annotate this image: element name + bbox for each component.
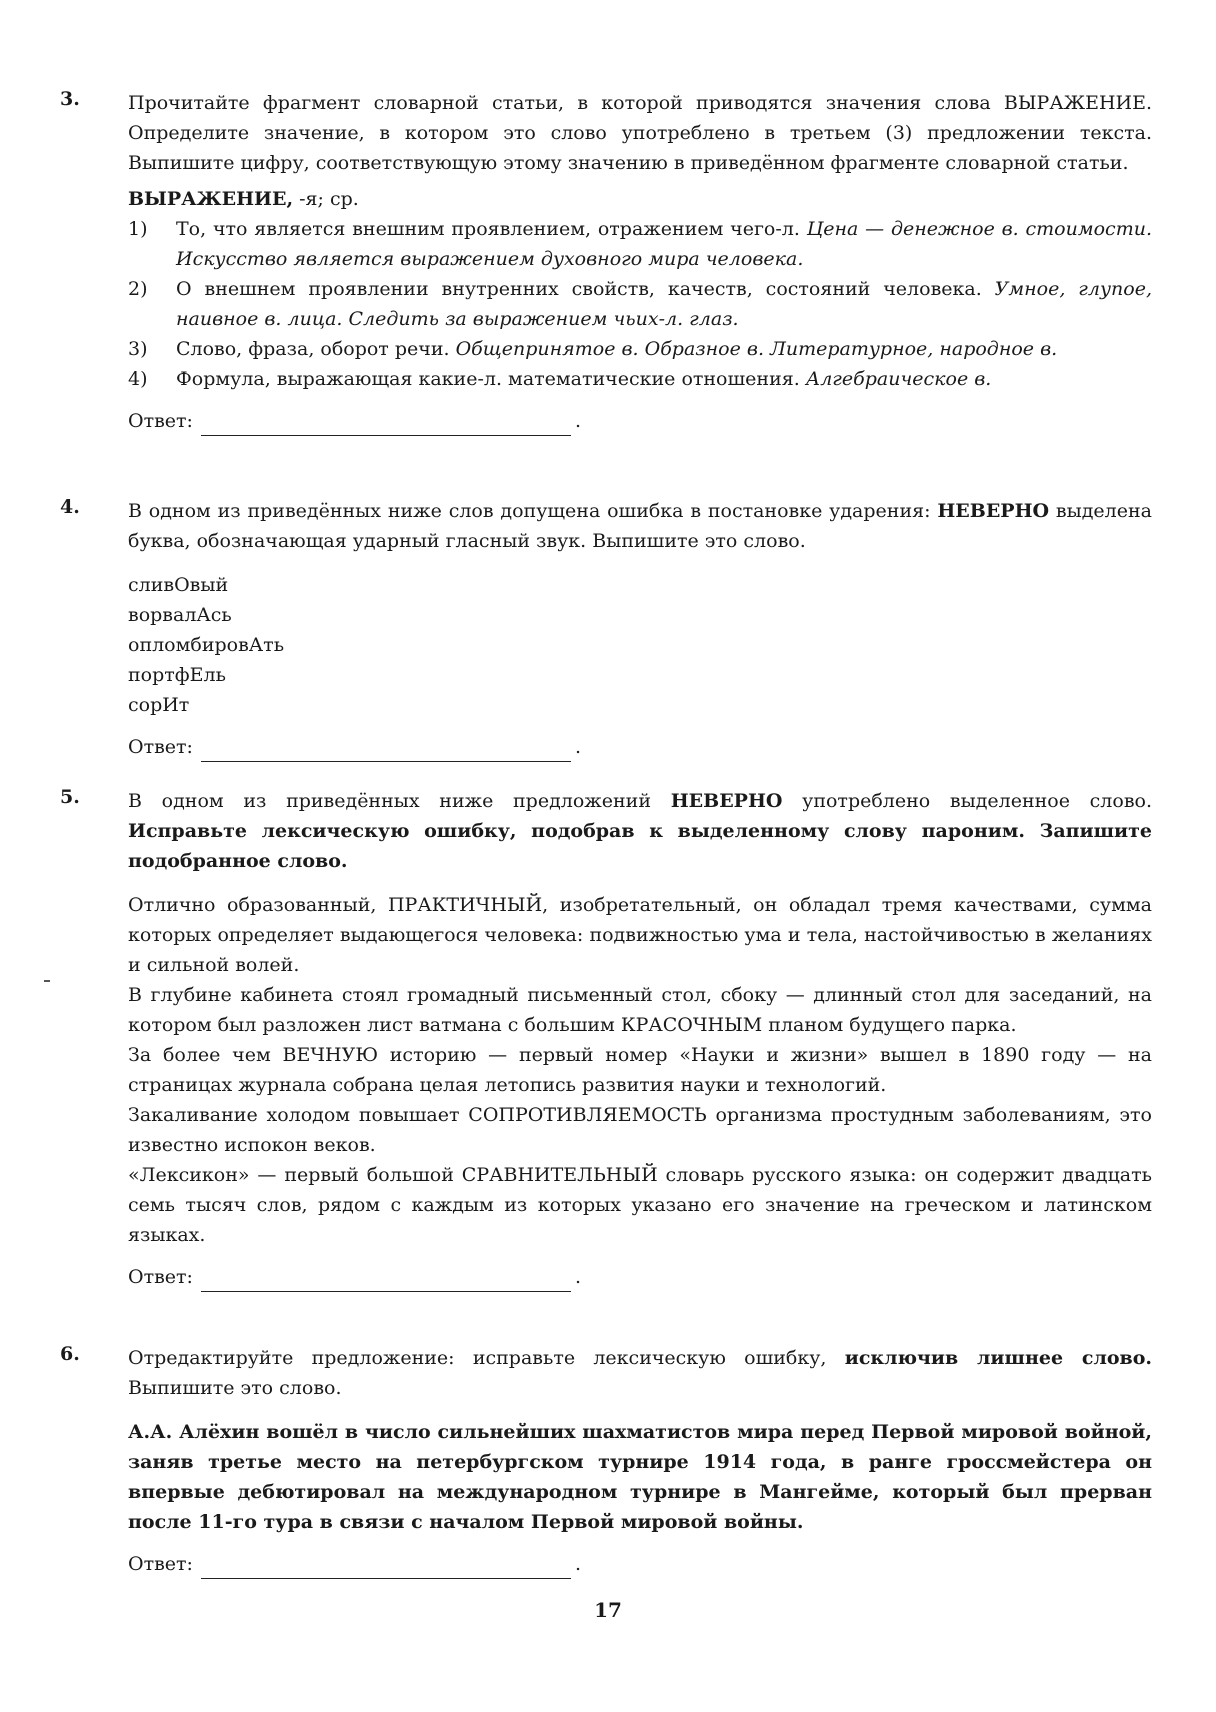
definition-item: 2)О внешнем проявлении внутренних свойст… [128, 274, 1152, 334]
sentence: За более чем ВЕЧНУЮ историю — первый ном… [128, 1040, 1152, 1100]
list-item: сливОвый [128, 570, 1152, 600]
task-instruction: В одном из приведённых ниже слов допущен… [128, 496, 1152, 556]
task-sentence: А.А. Алёхин вошёл в число сильнейших шах… [128, 1417, 1152, 1537]
answer-line[interactable] [201, 741, 571, 762]
list-item: ворвалАсь [128, 600, 1152, 630]
task-body: Прочитайте фрагмент словарной статьи, в … [128, 88, 1152, 436]
answer-field: Ответ: . [128, 1549, 1152, 1579]
task-instruction: Прочитайте фрагмент словарной статьи, в … [128, 88, 1152, 178]
answer-label: Ответ: [128, 1262, 193, 1292]
list-item: портфЕль [128, 660, 1152, 690]
page-number: 17 [0, 1598, 1216, 1622]
list-item: опломбировАть [128, 630, 1152, 660]
sentence: Отлично образованный, ПРАКТИЧНЫЙ, изобре… [128, 890, 1152, 980]
sentence: «Лексикон» — первый большой СРАВНИТЕЛЬНЫ… [128, 1160, 1152, 1250]
answer-field: Ответ: . [128, 1262, 1152, 1292]
sentence: Закаливание холодом повышает СОПРОТИВЛЯЕ… [128, 1100, 1152, 1160]
scan-artifact [44, 980, 50, 982]
sentence: В глубине кабинета стоял громадный письм… [128, 980, 1152, 1040]
answer-line[interactable] [201, 1558, 571, 1579]
answer-line[interactable] [201, 415, 571, 436]
list-item: сорИт [128, 690, 1152, 720]
answer-field: Ответ: . [128, 406, 1152, 436]
answer-line[interactable] [201, 1271, 571, 1292]
definition-item: 3)Слово, фраза, оборот речи. Общепринято… [128, 334, 1152, 364]
word-list: сливОвый ворвалАсь опломбировАть портфЕл… [128, 570, 1152, 720]
answer-field: Ответ: . [128, 732, 1152, 762]
definition-item: 4)Формула, выражающая какие-л. математич… [128, 364, 1152, 394]
task-body: В одном из приведённых ниже предложений … [128, 786, 1152, 1292]
answer-label: Ответ: [128, 406, 193, 436]
task-body: В одном из приведённых ниже слов допущен… [128, 496, 1152, 762]
answer-label: Ответ: [128, 1549, 193, 1579]
task-instruction: В одном из приведённых ниже предложений … [128, 786, 1152, 876]
dictionary-headword: ВЫРАЖЕНИЕ, -я; ср. [128, 184, 1152, 214]
task-instruction: Отредактируйте предложение: исправьте ле… [128, 1343, 1152, 1403]
task-number: 4. [60, 496, 80, 518]
task-number: 3. [60, 88, 80, 110]
dictionary-entry: ВЫРАЖЕНИЕ, -я; ср. 1)То, что является вн… [128, 184, 1152, 394]
sentence-list: Отлично образованный, ПРАКТИЧНЫЙ, изобре… [128, 890, 1152, 1250]
definition-item: 1)То, что является внешним проявлением, … [128, 214, 1152, 274]
answer-label: Ответ: [128, 732, 193, 762]
task-number: 5. [60, 786, 80, 808]
task-body: Отредактируйте предложение: исправьте ле… [128, 1343, 1152, 1579]
task-number: 6. [60, 1343, 80, 1365]
